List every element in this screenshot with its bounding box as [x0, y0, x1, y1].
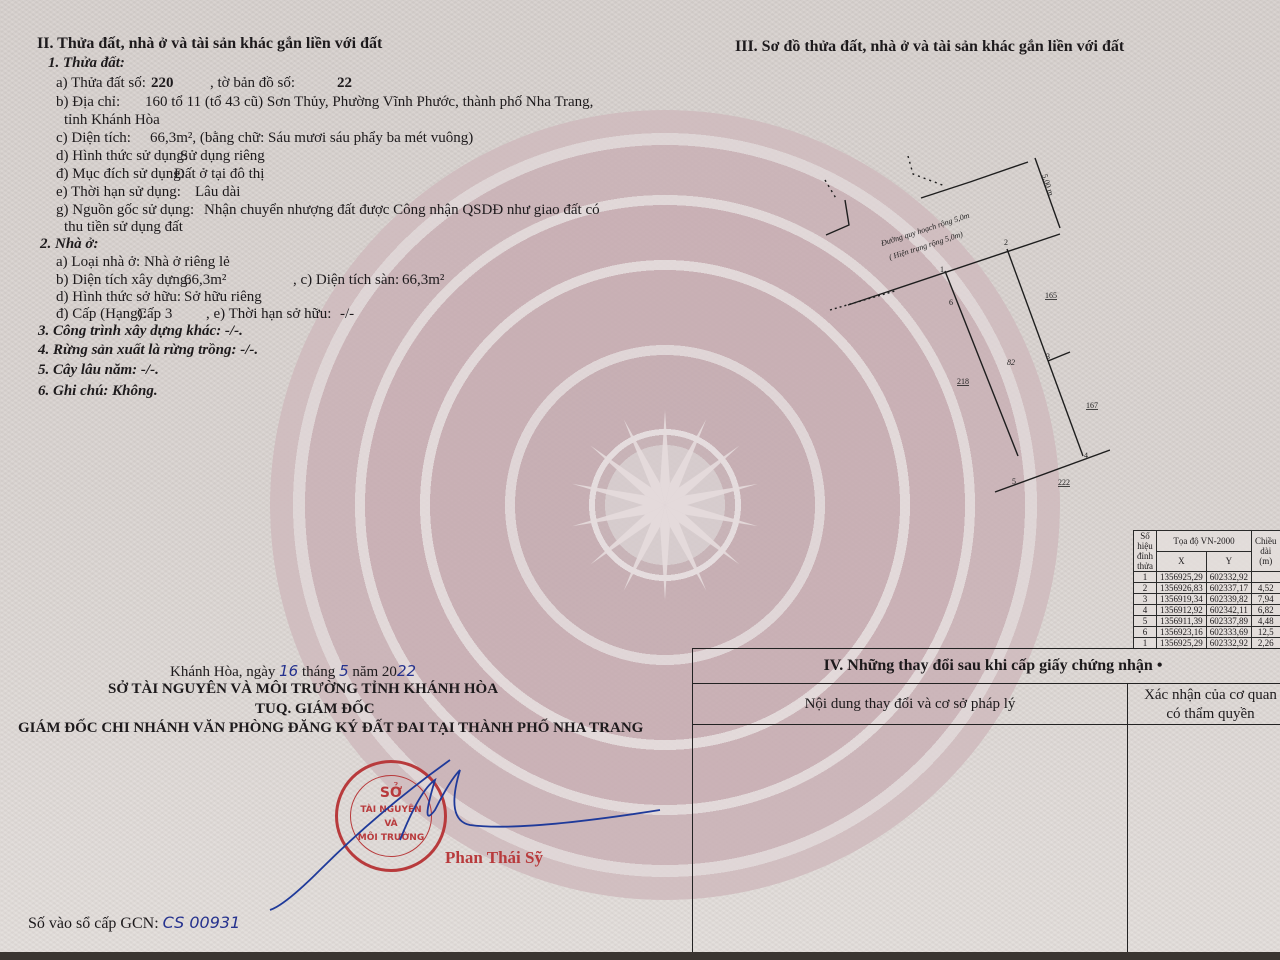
star-emblem-icon — [565, 405, 765, 605]
notes: 6. Ghi chú: Không. — [38, 383, 158, 400]
coord-cell-x: 1356925,29 — [1157, 572, 1207, 583]
col-confirm-line-2: có thẩm quyền — [1128, 705, 1280, 724]
column-divider — [1127, 724, 1128, 952]
proxy-title: TUQ. GIÁM ĐỐC — [255, 701, 375, 718]
vertex-3: 3 — [1046, 352, 1050, 361]
vertex-5: 5 — [1012, 477, 1016, 486]
signer-name: Phan Thái Sỹ — [445, 848, 543, 868]
coord-cell-point: 5 — [1134, 616, 1157, 627]
coordinate-table: Số hiệu đỉnh thửa Tọa độ VN-2000 Chiều d… — [1133, 530, 1280, 649]
col-point: Số hiệu đỉnh thửa — [1134, 531, 1157, 572]
floor-area-value: 66,3m² — [402, 272, 444, 289]
col-length: Chiều dài (m) — [1252, 531, 1280, 572]
parcel-number: 220 — [151, 75, 174, 92]
purpose-label: đ) Mục đích sử dụng: — [56, 166, 185, 183]
term-value: Lâu dài — [195, 184, 240, 201]
registry-value: CS 00931 — [163, 913, 241, 932]
parcel-number-label: 82 — [1007, 358, 1015, 367]
agency-name: SỞ TÀI NGUYÊN VÀ MÔI TRƯỜNG TỈNH KHÁNH H… — [108, 681, 498, 698]
neighbor-218: 218 — [957, 377, 969, 386]
ownership-term-value: -/- — [340, 306, 354, 323]
origin-value-1: Nhận chuyển nhượng đất được Công nhận QS… — [204, 202, 600, 219]
coord-cell-y: 602339,82 — [1206, 594, 1251, 605]
neighbor-222: 222 — [1058, 478, 1070, 487]
term-label: e) Thời hạn sử dụng: — [56, 184, 181, 201]
coord-cell-x: 1356919,34 — [1157, 594, 1207, 605]
coordinate-row: 51356911,39602337,894,48 — [1134, 616, 1280, 627]
address-label: b) Địa chỉ: — [56, 94, 120, 111]
coordinate-row: 11356925,29602332,92 — [1134, 572, 1280, 583]
coordinate-row: 61356923,16602333,6912,5 — [1134, 627, 1280, 638]
coord-cell-point: 2 — [1134, 583, 1157, 594]
coordinate-row: 21356926,83602337,174,52 — [1134, 583, 1280, 594]
col-y: Y — [1206, 551, 1251, 572]
year-label: năm 20 — [352, 664, 397, 680]
col-confirm-line-1: Xác nhận của cơ quan — [1128, 686, 1280, 705]
neighbor-167: 167 — [1086, 401, 1098, 410]
coord-cell-point: 6 — [1134, 627, 1157, 638]
coord-cell-point: 1 — [1134, 572, 1157, 583]
certificate-page: II. Thửa đất, nhà ở và tài sản khác gắn … — [0, 0, 1280, 952]
purpose-value: Đất ở tại đô thị — [174, 166, 264, 183]
coordinate-row: 31356919,34602339,827,94 — [1134, 594, 1280, 605]
coord-cell-y: 602333,69 — [1206, 627, 1251, 638]
production-forest: 4. Rừng sản xuất là rừng trồng: -/-. — [38, 342, 258, 359]
neighbor-165: 165 — [1045, 291, 1057, 300]
section-ii-title: II. Thửa đất, nhà ở và tài sản khác gắn … — [37, 35, 382, 53]
house-heading: 2. Nhà ở: — [40, 236, 98, 253]
issue-month: 5 — [339, 662, 349, 680]
handwritten-signature — [260, 750, 680, 930]
parcel-diagram: Đường quy hoạch rộng 5,0m ( Hiện trạng r… — [820, 130, 1110, 500]
coord-cell-x: 1356911,39 — [1157, 616, 1207, 627]
coord-cell-x: 1356912,92 — [1157, 605, 1207, 616]
issue-date: Khánh Hòa, ngày 16 tháng 5 năm 2022 — [170, 662, 416, 681]
coord-cell-y: 602342,11 — [1206, 605, 1251, 616]
coordinate-row: 41356912,92602342,116,82 — [1134, 605, 1280, 616]
address-line-2: tỉnh Khánh Hòa — [64, 112, 160, 129]
grade-label: đ) Cấp (Hạng): — [56, 306, 147, 323]
coord-cell-y: 602337,89 — [1206, 616, 1251, 627]
coord-cell-len: 12,5 — [1252, 627, 1280, 638]
col-x: X — [1157, 551, 1207, 572]
map-sheet-number: 22 — [337, 75, 352, 92]
month-label: tháng — [302, 664, 335, 680]
registry-label: Số vào sổ cấp GCN: — [28, 915, 159, 932]
area-value: 66,3m², (bằng chữ: Sáu mươi sáu phẩy ba … — [150, 130, 473, 147]
issue-day: 16 — [279, 662, 298, 680]
section-iii-title: III. Sơ đồ thửa đất, nhà ở và tài sản kh… — [735, 38, 1124, 56]
col-coords: Tọa độ VN-2000 — [1157, 531, 1252, 552]
date-prefix: Khánh Hòa, ngày — [170, 664, 275, 680]
desk-edge — [0, 952, 1280, 960]
signer-position: GIÁM ĐỐC CHI NHÁNH VĂN PHÒNG ĐĂNG KÝ ĐẤT… — [18, 720, 643, 737]
address-line-1: 160 tổ 11 (tổ 43 cũ) Sơn Thủy, Phường Vĩ… — [145, 94, 593, 111]
coord-cell-len: 2,26 — [1252, 638, 1280, 649]
ownership-label: d) Hình thức sở hữu: — [56, 289, 181, 306]
road-width-label: 5,00 m — [1040, 173, 1056, 198]
coord-cell-len: 6,82 — [1252, 605, 1280, 616]
vertex-1: 1 — [940, 265, 944, 274]
issue-year: 22 — [397, 662, 416, 680]
col-authority-confirmation: Xác nhận của cơ quan có thẩm quyền — [1128, 684, 1280, 724]
coord-cell-len: 4,48 — [1252, 616, 1280, 627]
vertex-6: 6 — [949, 298, 953, 307]
coord-cell-point: 4 — [1134, 605, 1157, 616]
other-construction: 3. Công trình xây dựng khác: -/-. — [38, 323, 243, 340]
vertex-2: 2 — [1004, 238, 1008, 247]
coord-cell-y: 602332,92 — [1206, 638, 1251, 649]
use-form-value: Sử dụng riêng — [180, 148, 265, 165]
coord-cell-x: 1356923,16 — [1157, 627, 1207, 638]
ownership-value: Sở hữu riêng — [184, 289, 262, 306]
house-type-value: Nhà ở riêng lẻ — [144, 254, 230, 271]
built-area-label: b) Diện tích xây dựng: — [56, 272, 192, 289]
coord-cell-y: 602332,92 — [1206, 572, 1251, 583]
origin-label: g) Nguồn gốc sử dụng: — [56, 202, 194, 219]
changes-table: IV. Những thay đổi sau khi cấp giấy chứn… — [692, 648, 1280, 952]
coord-cell-x: 1356925,29 — [1157, 638, 1207, 649]
house-type-label: a) Loại nhà ở: — [56, 254, 140, 271]
perennial-trees: 5. Cây lâu năm: -/-. — [38, 362, 159, 379]
built-area-value: 66,3m² — [184, 272, 226, 289]
floor-area-label: , c) Diện tích sàn: — [293, 272, 399, 289]
section-iv-title: IV. Những thay đổi sau khi cấp giấy chứn… — [824, 657, 1153, 675]
col-change-content: Nội dung thay đổi và cơ sở pháp lý — [693, 684, 1128, 724]
grade-value: Cấp 3 — [137, 306, 172, 323]
area-label: c) Diện tích: — [56, 130, 131, 147]
coord-cell-len — [1252, 572, 1280, 583]
land-heading: 1. Thửa đất: — [48, 55, 125, 72]
use-form-label: d) Hình thức sử dụng: — [56, 148, 188, 165]
coord-cell-point: 3 — [1134, 594, 1157, 605]
coord-cell-point: 1 — [1134, 638, 1157, 649]
ownership-term-label: , e) Thời hạn sở hữu: — [206, 306, 331, 323]
vertex-4: 4 — [1084, 451, 1088, 460]
parcel-label: a) Thửa đất số: — [56, 75, 146, 92]
coord-cell-len: 4,52 — [1252, 583, 1280, 594]
coord-cell-y: 602337,17 — [1206, 583, 1251, 594]
coordinate-row: 11356925,29602332,922,26 — [1134, 638, 1280, 649]
coord-cell-x: 1356926,83 — [1157, 583, 1207, 594]
map-sheet-label: , tờ bản đồ số: — [210, 75, 295, 92]
registry-number: Số vào sổ cấp GCN: CS 00931 — [28, 913, 240, 933]
coord-cell-len: 7,94 — [1252, 594, 1280, 605]
origin-value-2: thu tiền sử dụng đất — [64, 219, 183, 236]
